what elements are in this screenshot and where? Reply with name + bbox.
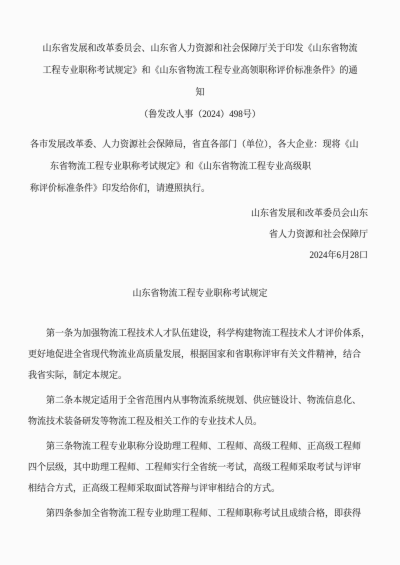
document-body: 第一条为加强物流工程技术人才队伍建设，科学构建物流工程技术人才评价体系， 更好地… (0, 323, 400, 524)
signature-org-line: 山东省发展和改革委员会山东 (0, 203, 368, 224)
body-line: 物流技术装备研发等物流工程及相关工作的专业技术人员。 (28, 411, 372, 432)
paragraph-1: 第一条为加强物流工程技术人才队伍建设，科学构建物流工程技术人才评价体系， 更好地… (28, 323, 372, 386)
doc-title-line: 工程专业职称考试规定》和《山东省物流工程专业高领职称评价标准条件》的通 (0, 59, 400, 81)
body-line: 第四条参加全省物流工程专业助理工程师、工程师职称考试且成绩合格，即获得 (28, 503, 372, 524)
body-line: 四个层级，其中助理工程师、工程师实行全省统一考试，高级工程师采取考试与评审 (28, 457, 372, 478)
body-line: 第一条为加强物流工程技术人才队伍建设，科学构建物流工程技术人才评价体系， (28, 323, 372, 344)
notice-line: 称评价标准条件》印发给你们，请遵照执行。 (30, 177, 370, 199)
body-line: 第三条物流工程专业职称分设助理工程师、工程师、高级工程师、正高级工程师 (28, 436, 372, 457)
paragraph-4: 第四条参加全省物流工程专业助理工程师、工程师职称考试且成绩合格，即获得 (28, 503, 372, 524)
signature-date: 2024年6月28口 (0, 245, 368, 266)
doc-title-line: 知 (0, 81, 400, 103)
notice-line: 东省物流工程专业职称考试规定》和《山东省物流工程专业高级职 (50, 155, 370, 177)
body-line: 相结合方式，正高级工程师采取面试答辩与评审相结合的方式。 (28, 478, 372, 499)
doc-title-line: 山东省发展和改革委员会、山东省人力资源和社会保障厅关于印发《山东省物流 (0, 37, 400, 59)
signature-org-line: 省人力资源和社会保障厅 (0, 224, 368, 245)
paragraph-2: 第二条本规定适用于全省范围内从事物流系统规划、供应链设计、物流信息化、 物流技术… (28, 390, 372, 432)
signature-block: 山东省发展和改革委员会山东 省人力资源和社会保障厅 2024年6月28口 (0, 203, 400, 266)
body-line: 更好地促进全省现代物流业高质量发展，根据国家和省职称评审有关文件精神，结合 (28, 344, 372, 365)
notice-paragraph: 各市发展改革委、人力资源社会保障局，省直各部门（单位），各大企业：现将《山 东省… (0, 133, 400, 199)
notice-line: 各市发展改革委、人力资源社会保障局，省直各部门（单位），各大企业：现将《山 (30, 133, 370, 155)
regulation-title: 山东省物流工程专业职称考试规定 (0, 282, 400, 304)
body-line: 第二条本规定适用于全省范围内从事物流系统规划、供应链设计、物流信息化、 (28, 390, 372, 411)
doc-title: 山东省发展和改革委员会、山东省人力资源和社会保障厅关于印发《山东省物流 工程专业… (0, 0, 400, 125)
body-line: 我省实际，制定本规定。 (28, 365, 372, 386)
paragraph-3: 第三条物流工程专业职称分设助理工程师、工程师、高级工程师、正高级工程师 四个层级… (28, 436, 372, 499)
document-page: 山东省发展和改革委员会、山东省人力资源和社会保障厅关于印发《山东省物流 工程专业… (0, 0, 400, 565)
doc-number: （鲁发改人事（2024）498号） (0, 103, 400, 125)
